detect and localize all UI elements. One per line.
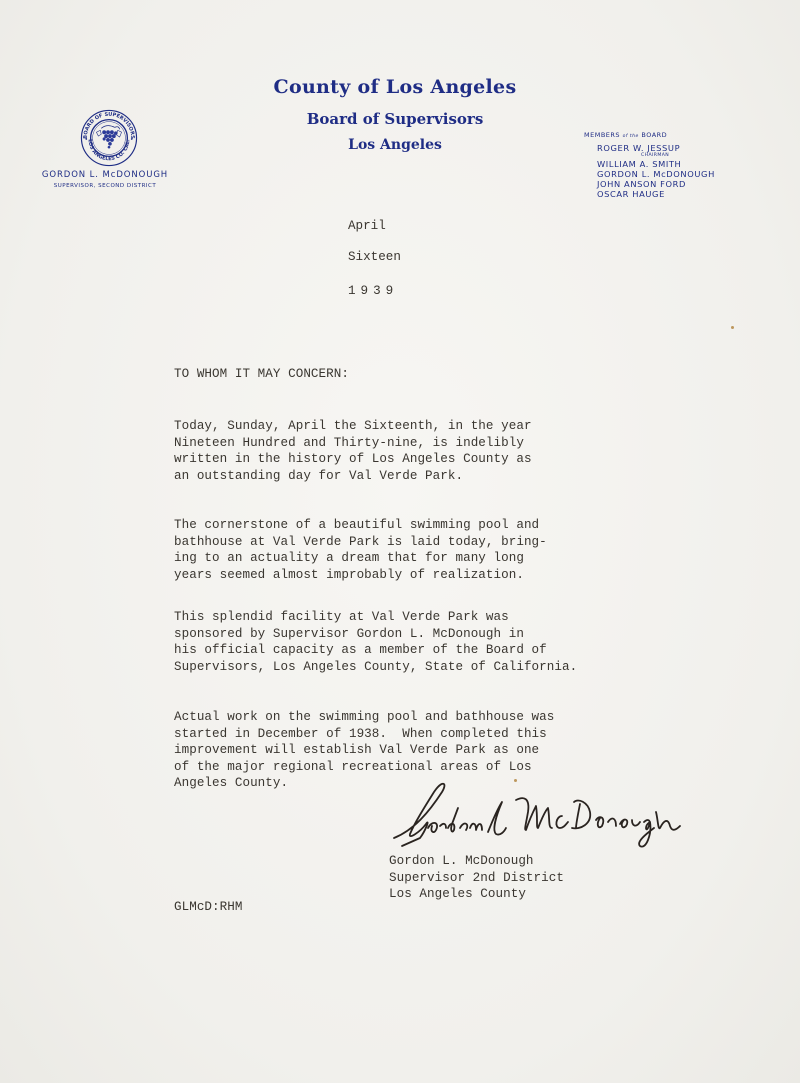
supervisor-name: GORDON L. McDONOUGH bbox=[30, 170, 180, 180]
date-year: 1939 bbox=[348, 284, 398, 298]
handwritten-signature: Gordon L. McDonough bbox=[384, 772, 694, 852]
letterhead-city: Los Angeles bbox=[260, 137, 530, 153]
county-seal-icon: BOARD OF SUPERVISORS LOS ANGELES CO. CAL… bbox=[80, 109, 138, 167]
paragraph: The cornerstone of a beautiful swimming … bbox=[174, 517, 547, 583]
paragraph: Today, Sunday, April the Sixteenth, in t… bbox=[174, 418, 532, 484]
letter-page: BOARD OF SUPERVISORS LOS ANGELES CO. CAL… bbox=[0, 0, 800, 1083]
letterhead-title: County of Los Angeles bbox=[260, 76, 530, 98]
board-members-list: ROGER W. JESSUP CHAIRMAN WILLIAM A. SMIT… bbox=[597, 143, 715, 199]
paper-speck bbox=[514, 779, 517, 782]
board-member: OSCAR HAUGE bbox=[597, 189, 715, 199]
paragraph: This splendid facility at Val Verde Park… bbox=[174, 609, 577, 675]
supervisor-district: SUPERVISOR, SECOND DISTRICT bbox=[30, 183, 180, 189]
date-month: April bbox=[348, 219, 386, 233]
salutation: TO WHOM IT MAY CONCERN: bbox=[174, 366, 349, 383]
members-heading-prefix: MEMBERS bbox=[584, 131, 620, 139]
reference-initials: GLMcD:RHM bbox=[174, 899, 242, 916]
letterhead-subtitle: Board of Supervisors bbox=[260, 110, 530, 128]
date-day: Sixteen bbox=[348, 250, 401, 264]
members-heading: MEMBERS of the BOARD bbox=[584, 131, 667, 139]
members-heading-small: of the bbox=[623, 134, 639, 139]
members-heading-suffix: BOARD bbox=[641, 131, 667, 139]
board-member: WILLIAM A. SMITH bbox=[597, 159, 715, 169]
board-member: GORDON L. McDONOUGH bbox=[597, 169, 715, 179]
board-member: ROGER W. JESSUP bbox=[597, 143, 715, 153]
signature-block: Gordon L. McDonough Supervisor 2nd Distr… bbox=[389, 853, 564, 903]
board-member: JOHN ANSON FORD bbox=[597, 179, 715, 189]
paper-speck bbox=[731, 326, 734, 329]
